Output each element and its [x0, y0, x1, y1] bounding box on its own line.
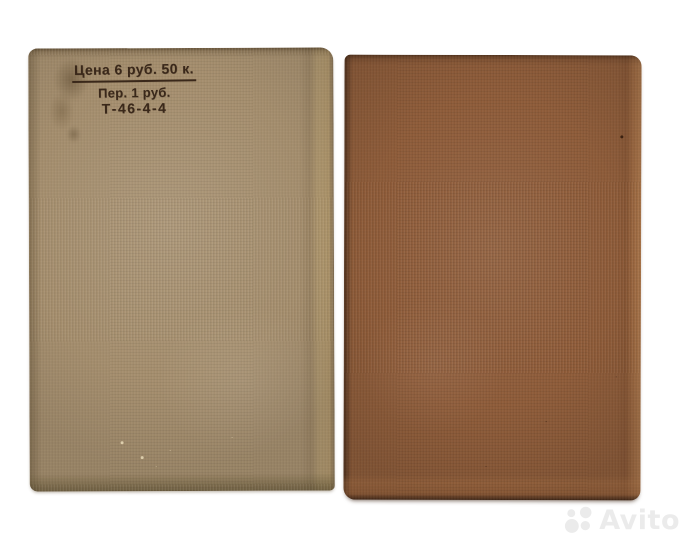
price-stamp-binding-price: Пер. 1 руб. [72, 84, 196, 101]
product-photo: Цена 6 руб. 50 к. Пер. 1 руб. Т-46-4-4 A… [0, 0, 682, 540]
right-book-back-cover [343, 55, 641, 501]
avito-logo-icon [564, 505, 595, 536]
avito-watermark: Avito [564, 505, 680, 536]
avito-watermark-text: Avito [599, 507, 680, 534]
left-book-back-cover: Цена 6 руб. 50 к. Пер. 1 руб. Т-46-4-4 [28, 47, 335, 491]
price-stamp: Цена 6 руб. 50 к. Пер. 1 руб. Т-46-4-4 [72, 60, 196, 117]
cover-scuff-marks [121, 441, 124, 444]
price-stamp-code: Т-46-4-4 [73, 99, 197, 117]
price-stamp-price: Цена 6 руб. 50 к. [72, 60, 196, 83]
cover-specks [620, 135, 623, 138]
